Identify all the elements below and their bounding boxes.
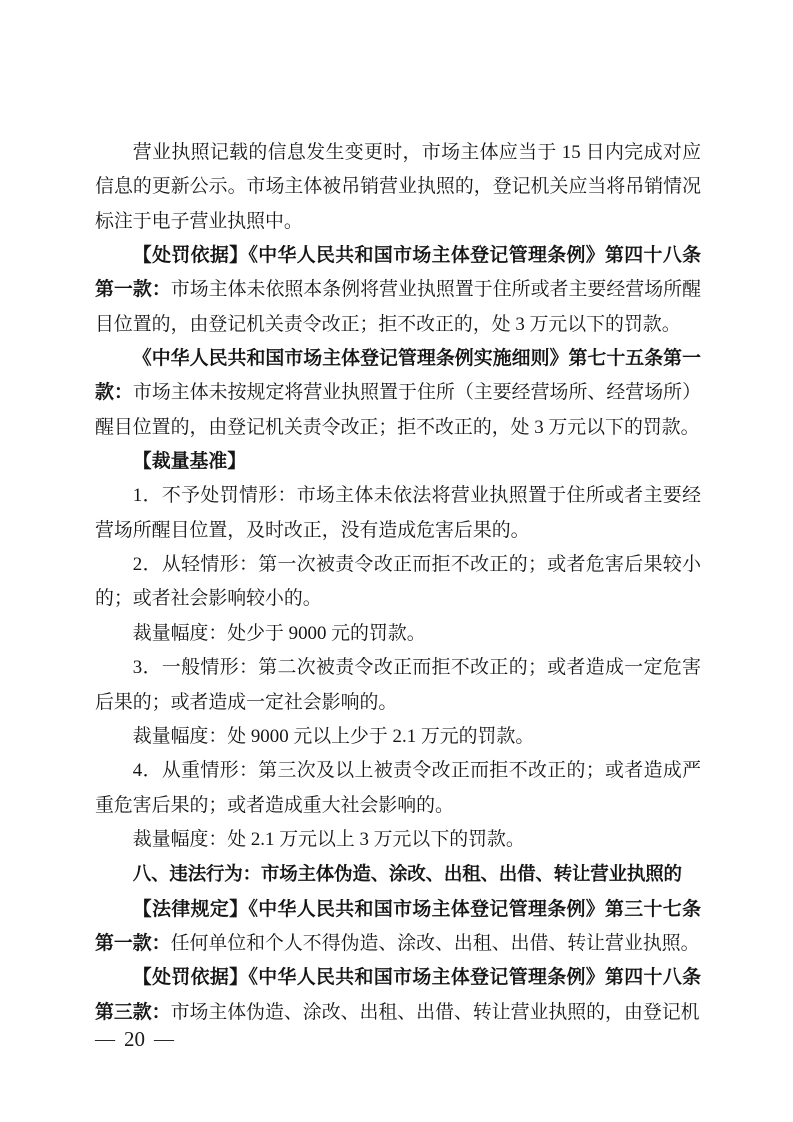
- paragraph-discretion-range-2: 裁量幅度：处 9000 元以上少于 2.1 万元的罚款。: [95, 720, 701, 754]
- paragraph-implementation-rules: 《中华人民共和国市场主体登记管理条例实施细则》第七十五条第一款：市场主体未按规定…: [95, 342, 701, 445]
- text-run: 营业执照记载的信息发生变更时，市场主体应当于 15 日内完成对应信息的更新公示。…: [95, 142, 701, 232]
- paragraph-discretion-range-3: 裁量幅度：处 2.1 万元以上 3 万元以下的罚款。: [95, 823, 701, 857]
- section-heading-run: 八、违法行为：市场主体伪造、涂改、出租、出借、转让营业执照的: [133, 863, 682, 884]
- footer-dash-left: —: [95, 1028, 115, 1051]
- paragraph-punishment-basis-regulation: 【处罚依据】《中华人民共和国市场主体登记管理条例》第四十八条第一款：市场主体未依…: [95, 239, 701, 342]
- footer-dash-right: —: [154, 1028, 174, 1051]
- page-number: 20: [124, 1027, 145, 1052]
- document-body: 营业执照记载的信息发生变更时，市场主体应当于 15 日内完成对应信息的更新公示。…: [95, 136, 701, 1030]
- text-run: 3．一般情形：第二次被责令改正而拒不改正的；或者造成一定危害后果的；或者造成一定…: [95, 657, 701, 712]
- text-run: 任何单位和个人不得伪造、涂改、出租、出借、转让营业执照。: [171, 933, 700, 954]
- paragraph-section-8-heading: 八、违法行为：市场主体伪造、涂改、出租、出借、转让营业执照的: [95, 857, 701, 892]
- paragraph-case-2-lenient: 2．从轻情形：第一次被责令改正而拒不改正的；或者危害后果较小的；或者社会影响较小…: [95, 548, 701, 617]
- paragraph-punishment-basis-forgery: 【处罚依据】《中华人民共和国市场主体登记管理条例》第四十八条第三款：市场主体伪造…: [95, 961, 701, 1030]
- paragraph-discretion-range-1: 裁量幅度：处少于 9000 元的罚款。: [95, 617, 701, 651]
- text-run: 裁量幅度：处少于 9000 元的罚款。: [133, 623, 426, 644]
- paragraph-legal-provision: 【法律规定】《中华人民共和国市场主体登记管理条例》第三十七条第一款：任何单位和个…: [95, 893, 701, 962]
- paragraph-license-info-update: 营业执照记载的信息发生变更时，市场主体应当于 15 日内完成对应信息的更新公示。…: [95, 136, 701, 239]
- document-page: 营业执照记载的信息发生变更时，市场主体应当于 15 日内完成对应信息的更新公示。…: [0, 0, 793, 1122]
- text-run: 裁量幅度：处 9000 元以上少于 2.1 万元的罚款。: [133, 726, 534, 747]
- text-run: 裁量幅度：处 2.1 万元以上 3 万元以下的罚款。: [133, 829, 525, 850]
- paragraph-case-3-general: 3．一般情形：第二次被责令改正而拒不改正的；或者造成一定危害后果的；或者造成一定…: [95, 651, 701, 720]
- text-run: 市场主体未依照本条例将营业执照置于住所或者主要经营场所醒目位置的，由登记机关责令…: [95, 279, 701, 334]
- text-run: 4．从重情形：第三次及以上被责令改正而拒不改正的；或者造成严重危害后果的；或者造…: [95, 760, 701, 815]
- bold-run: 【裁量基准】: [133, 451, 246, 472]
- paragraph-case-4-severe: 4．从重情形：第三次及以上被责令改正而拒不改正的；或者造成严重危害后果的；或者造…: [95, 754, 701, 823]
- text-run: 市场主体未按规定将营业执照置于住所（主要经营场所、经营场所）醒目位置的，由登记机…: [95, 382, 701, 437]
- paragraph-case-1-no-punishment: 1．不予处罚情形：市场主体未依法将营业执照置于住所或者主要经营场所醒目位置，及时…: [95, 479, 701, 548]
- text-run: 2．从轻情形：第一次被责令改正而拒不改正的；或者危害后果较小的；或者社会影响较小…: [95, 554, 701, 609]
- paragraph-discretion-benchmark-heading: 【裁量基准】: [95, 445, 701, 479]
- text-run: 市场主体伪造、涂改、出租、出借、转让营业执照的，由登记机: [171, 1002, 700, 1023]
- text-run: 1．不予处罚情形：市场主体未依法将营业执照置于住所或者主要经营场所醒目位置，及时…: [95, 485, 701, 540]
- page-footer: — 20 —: [95, 1027, 174, 1052]
